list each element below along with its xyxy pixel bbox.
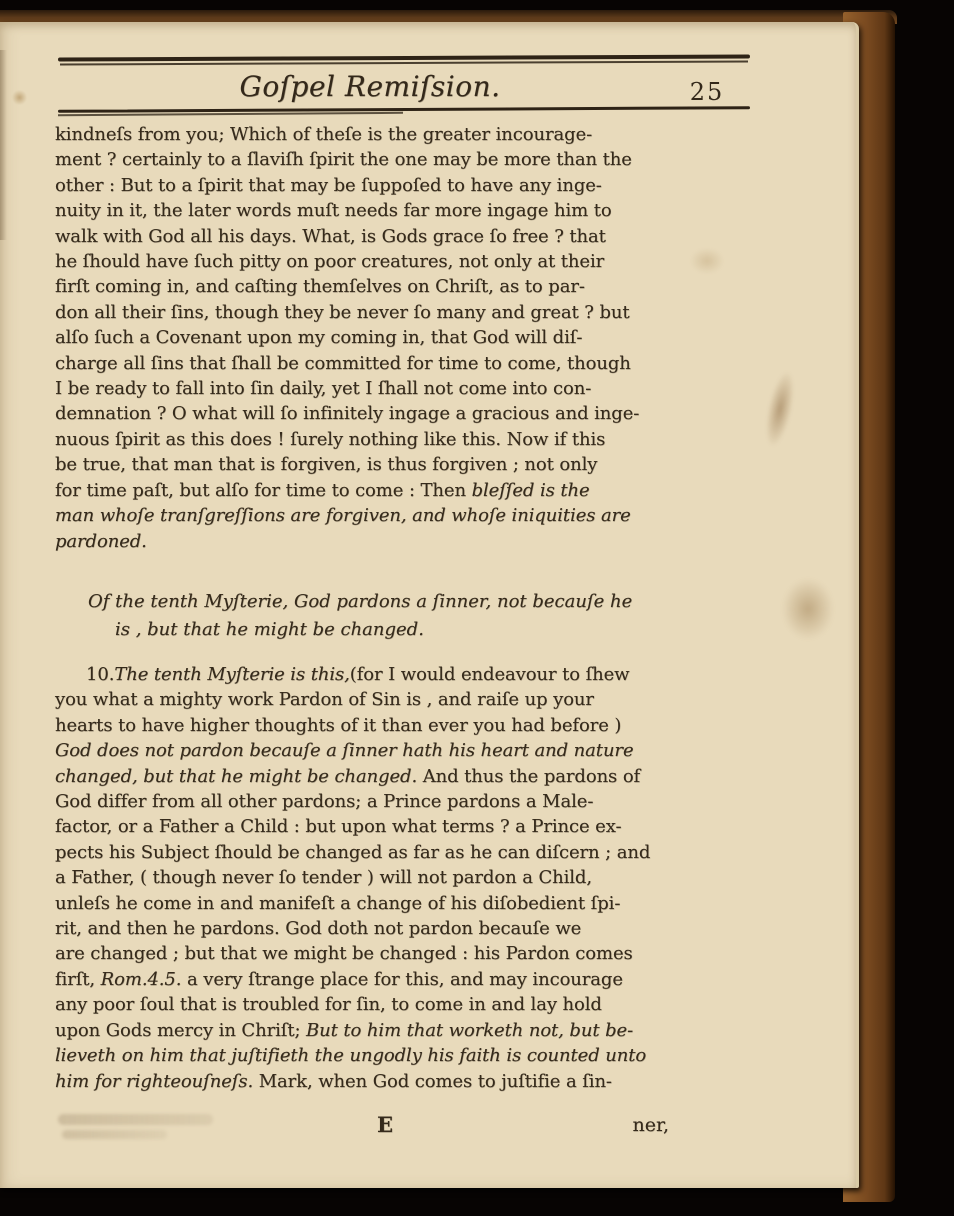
text-line: firſt coming in, and caſting themſelves … (55, 274, 679, 299)
text-segment: demnation ? O what will ſo infinitely in… (55, 403, 639, 424)
header-rule-bottom-thick (58, 106, 750, 112)
text-line: I be ready to fall into ſin daily, yet I… (55, 376, 679, 401)
text-line: alſo ſuch a Covenant upon my coming in, … (55, 325, 679, 350)
text-line: any poor ſoul that is troubled for ſin, … (55, 992, 679, 1017)
margin-stain (760, 368, 800, 449)
text-line: pardoned. (55, 529, 679, 554)
catchword: ner, (632, 1114, 669, 1136)
italic-text-segment: The tenth Myſterie is this, (114, 664, 349, 685)
text-line: are changed ; but that we might be chang… (55, 941, 679, 966)
text-segment: for time paſt, but alſo for time to come… (55, 480, 472, 501)
text-line: kindneſs from you; Which of theſe is the… (55, 122, 679, 147)
text-segment: are changed ; but that we might be chang… (55, 943, 633, 964)
section-heading: Of the tenth Myſterie, God pardons a ſin… (88, 588, 648, 643)
book-page: Goſpel Remiſsion. 25 kindneſs from you; … (0, 22, 859, 1188)
text-segment: walk with God all his days. What, is God… (55, 226, 606, 247)
text-line: ment ? certainly to a ſlaviſh ſpirit the… (55, 147, 679, 172)
text-line: rit, and then he pardons. God doth not p… (55, 916, 679, 941)
text-line: walk with God all his days. What, is God… (55, 224, 679, 249)
text-line: Of the tenth Myſterie, God pardons a ſin… (88, 588, 648, 616)
text-line: don all their ſins, though they be never… (55, 300, 679, 325)
text-line: hearts to have higher thoughts of it tha… (55, 713, 679, 738)
text-line: upon Gods mercy in Chriſt; But to him th… (55, 1018, 679, 1043)
text-line: be true, that man that is forgiven, is t… (55, 452, 679, 477)
text-segment: don all their ſins, though they be never… (55, 302, 630, 323)
text-line: unleſs he come in and manifeſt a change … (55, 891, 679, 916)
running-title: Goſpel Remiſsion. (200, 70, 540, 103)
text-line: firſt, Rom.4.5. a very ſtrange place for… (55, 967, 679, 992)
italic-text-segment: God does not pardon becauſe a ſinner hat… (55, 740, 634, 761)
text-segment: Mark, when God comes to juſtifie a ſin- (253, 1071, 612, 1092)
text-segment: firſt, (55, 969, 101, 990)
text-line: man whoſe tranſgreſſions are forgiven, a… (55, 503, 679, 528)
text-line: God does not pardon becauſe a ſinner hat… (55, 738, 679, 763)
text-line: is , but that he might be changed. (115, 616, 648, 644)
text-segment: And thus the pardons of (417, 766, 640, 787)
text-line: for time paſt, but alſo for time to come… (55, 478, 679, 503)
text-segment: ment ? certainly to a ſlaviſh ſpirit the… (55, 149, 632, 170)
text-segment: be true, that man that is forgiven, is t… (55, 454, 597, 475)
page-number: 25 (682, 78, 732, 106)
text-line: charge all ſins that ſhall be committed … (55, 351, 679, 376)
text-segment: nuity in it, the later words muſt needs … (55, 200, 612, 221)
text-line: pects his Subject ſhould be changed as f… (55, 840, 679, 865)
header-rule-bottom-thin (58, 112, 403, 116)
text-segment: firſt coming in, and caſting themſelves … (55, 276, 585, 297)
text-line: a Father, ( though never ſo tender ) wil… (55, 865, 679, 890)
italic-text-segment: him for righteouſneſs. (55, 1071, 253, 1092)
text-line: demnation ? O what will ſo infinitely in… (55, 401, 679, 426)
italic-text-segment: lieveth on him that juſtifieth the ungod… (55, 1045, 646, 1066)
italic-text-segment: But to him that worketh not, but be- (306, 1020, 633, 1041)
text-segment: charge all ſins that ſhall be committed … (55, 353, 631, 374)
text-segment: hearts to have higher thoughts of it tha… (55, 715, 621, 736)
scanned-book-photo: { "header": { "title": "Goſpel Remiſsion… (0, 0, 954, 1216)
signature-line: E ner, (55, 1112, 675, 1140)
text-line: 10.The tenth Myſterie is this,(for I wou… (55, 662, 679, 687)
italic-text-segment: changed, but that he might be changed. (55, 766, 417, 787)
text-segment: rit, and then he pardons. God doth not p… (55, 918, 581, 939)
text-line: you what a mighty work Pardon of Sin is … (55, 687, 679, 712)
text-line: he ſhould have ſuch pitty on poor creatu… (55, 249, 679, 274)
italic-text-segment: bleſſed is the (472, 480, 590, 501)
header-rule-top-thin (60, 60, 748, 65)
text-line: nuous ſpirit as this does ! ſurely nothi… (55, 427, 679, 452)
text-segment: (for I would endeavour to ſhew (350, 664, 630, 685)
text-segment: nuous ſpirit as this does ! ſurely nothi… (55, 429, 605, 450)
body-paragraph-2: 10.The tenth Myſterie is this,(for I wou… (55, 662, 679, 1094)
margin-stain (782, 578, 834, 640)
page-left-edge-shadow (0, 50, 7, 240)
body-paragraph-1: kindneſs from you; Which of theſe is the… (55, 122, 679, 554)
text-line: God differ from all other pardons; a Pri… (55, 789, 679, 814)
text-segment: factor, or a Father a Child : but upon w… (55, 816, 621, 837)
text-segment: he ſhould have ſuch pitty on poor creatu… (55, 251, 604, 272)
margin-stain (690, 248, 724, 274)
italic-text-segment: Of the tenth Myſterie, God pardons a ſin… (88, 591, 632, 612)
italic-text-segment: man whoſe tranſgreſſions are forgiven, a… (55, 505, 631, 526)
text-segment: you what a mighty work Pardon of Sin is … (55, 689, 594, 710)
text-line: him for righteouſneſs. Mark, when God co… (55, 1069, 679, 1094)
text-segment: God differ from all other pardons; a Pri… (55, 791, 593, 812)
text-line: lieveth on him that juſtifieth the ungod… (55, 1043, 679, 1068)
italic-text-segment: is , but that he might be changed. (115, 619, 424, 640)
text-segment: 10. (86, 664, 114, 685)
text-line: other : But to a ſpirit that may be ſupp… (55, 173, 679, 198)
text-line: nuity in it, the later words muſt needs … (55, 198, 679, 223)
text-segment: any poor ſoul that is troubled for ſin, … (55, 994, 602, 1015)
text-line: changed, but that he might be changed. A… (55, 764, 679, 789)
text-segment: upon Gods mercy in Chriſt; (55, 1020, 306, 1041)
text-segment: unleſs he come in and manifeſt a change … (55, 893, 620, 914)
text-segment: kindneſs from you; Which of theſe is the… (55, 124, 592, 145)
text-segment: a Father, ( though never ſo tender ) wil… (55, 867, 592, 888)
text-segment: other : But to a ſpirit that may be ſupp… (55, 175, 602, 196)
text-segment: I be ready to fall into ſin daily, yet I… (55, 378, 591, 399)
italic-text-segment: pardoned. (55, 531, 147, 552)
text-segment: a very ſtrange place for this, and may i… (181, 969, 623, 990)
text-segment: alſo ſuch a Covenant upon my coming in, … (55, 327, 582, 348)
italic-text-segment: Rom.4.5. (101, 969, 182, 990)
signature-mark: E (377, 1112, 394, 1137)
margin-stain (12, 90, 27, 105)
text-line: factor, or a Father a Child : but upon w… (55, 814, 679, 839)
text-segment: pects his Subject ſhould be changed as f… (55, 842, 650, 863)
